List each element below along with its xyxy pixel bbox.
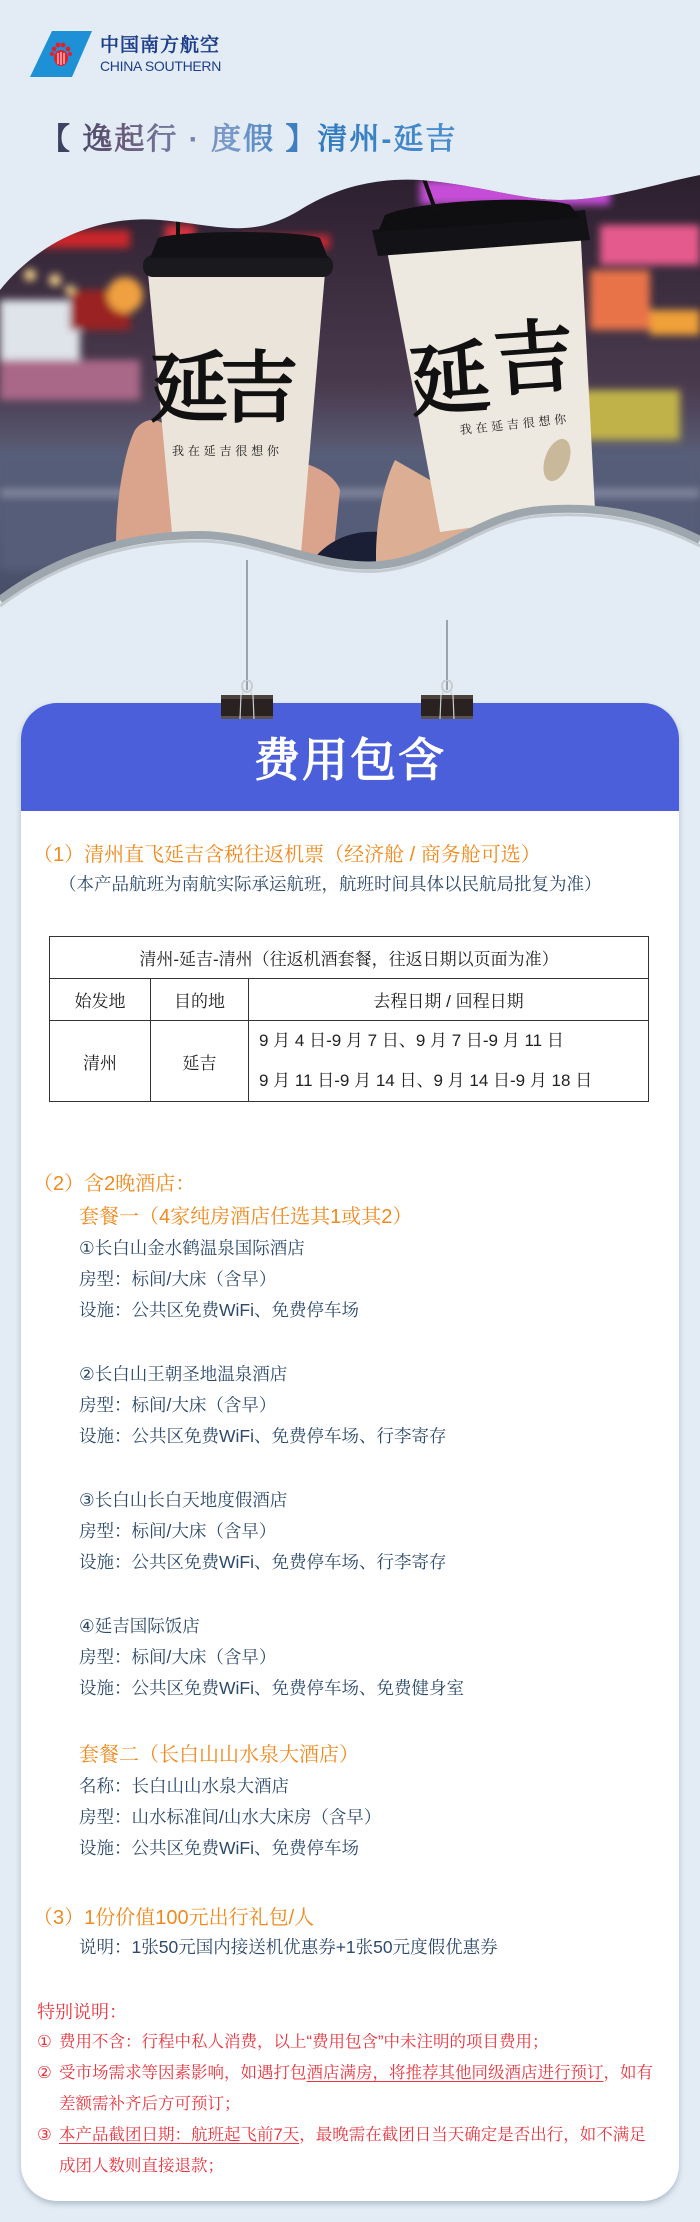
hotel-name: ③长白山长白天地度假酒店: [79, 1487, 287, 1512]
card-header: 费用包含: [21, 703, 679, 811]
note-text: ，如有: [604, 2064, 654, 2082]
note-number: ③: [37, 2120, 59, 2151]
date-range-line: 9 月 4 日-9 月 7 日、9 月 7 日-9 月 11 日: [259, 1021, 648, 1061]
cup-text-left: 延: [150, 343, 228, 434]
flight-dates-table: 清州-延吉-清州（往返机酒套餐，往返日期以页面为准） 始发地 目的地 去程日期 …: [49, 936, 649, 1102]
note-continuation: 成团人数则直接退款；: [37, 2151, 667, 2182]
table-row: 清州 延吉 9 月 4 日-9 月 7 日、9 月 7 日-9 月 11 日 9…: [50, 1021, 649, 1102]
clip-wire-left: [246, 560, 248, 690]
svg-text:吉: 吉: [220, 343, 298, 434]
hotel-facilities: 设施：公共区免费WiFi、免费停车场、行李寄存: [79, 1423, 446, 1448]
header-origin: 始发地: [50, 979, 151, 1021]
section2-title: （2）含2晚酒店：: [33, 1167, 195, 1196]
hotel-room: 房型：标间/大床（含早）: [79, 1266, 276, 1291]
svg-text:延: 延: [407, 329, 493, 428]
special-notes-title: 特别说明：: [37, 1998, 127, 2024]
kapok-tail-icon: [30, 31, 92, 77]
section1-note: （本产品航班为南航实际承运航班，航班时间具体以民航局批复为准）: [59, 871, 602, 896]
special-notes-list: ①费用不含：行程中私人消费，以上“费用包含”中未注明的项目费用； ②受市场需求等…: [37, 2027, 667, 2182]
cell-destination: 延吉: [151, 1021, 249, 1102]
note-continuation: 差额需补齐后方可预订；: [37, 2089, 667, 2120]
svg-text:吉: 吉: [490, 309, 576, 408]
note-underlined-text: 酒店满房，将推荐其他同级酒店进行预订: [307, 2064, 604, 2082]
hotel-facilities: 设施：公共区免费WiFi、免费停车场、行李寄存: [79, 1549, 446, 1574]
binder-clip-right-icon: [421, 680, 473, 720]
hotel-facilities: 设施：公共区免费WiFi、免费停车场、免费健身室: [79, 1675, 464, 1700]
package2-name: 名称：长白山山水泉大酒店: [79, 1773, 289, 1798]
package1-title: 套餐一（4家纯房酒店任选其1或其2）: [79, 1200, 412, 1229]
card-title: 费用包含: [254, 724, 446, 790]
section3-note: 说明：1张50元国内接送机优惠券+1张50元度假优惠券: [79, 1934, 498, 1959]
brand-name-cn: 中国南方航空: [100, 36, 221, 55]
special-note-item: ①费用不含：行程中私人消费，以上“费用包含”中未注明的项目费用；: [37, 2027, 667, 2058]
note-number: ①: [37, 2027, 59, 2058]
hotel-facilities: 设施：公共区免费WiFi、免费停车场: [79, 1297, 359, 1322]
svg-text:我 在 延 吉 很 想 你: 我 在 延 吉 很 想 你: [172, 443, 280, 458]
page-title: 【 逸起行 · 度假 】清州-延吉: [40, 114, 457, 158]
binder-clip-left-icon: [221, 680, 273, 720]
china-southern-logo: 中国南方航空 CHINA SOUTHERN: [30, 31, 221, 77]
cell-dates: 9 月 4 日-9 月 7 日、9 月 7 日-9 月 11 日 9 月 11 …: [249, 1021, 649, 1102]
hero-photo: 延 吉 我 在 延 吉 很 想 你 延 吉 我 在 延 吉 很 想 你: [0, 160, 700, 660]
section1-title: （1）清州直飞延吉含税往返机票（经济舱 / 商务舱可选）: [33, 838, 541, 867]
note-number: ②: [37, 2058, 59, 2089]
section3-title: （3）1份价值100元出行礼包/人: [33, 1901, 314, 1930]
fee-included-card: 费用包含 （1）清州直飞延吉含税往返机票（经济舱 / 商务舱可选） （本产品航班…: [21, 703, 679, 2201]
special-note-item: ②受市场需求等因素影响，如遇打包酒店满房，将推荐其他同级酒店进行预订，如有 差额…: [37, 2058, 667, 2120]
hotel-name: ④延吉国际饭店: [79, 1613, 200, 1638]
table-caption: 清州-延吉-清州（往返机酒套餐，往返日期以页面为准）: [50, 937, 649, 979]
hotel-name: ①长白山金水鹤温泉国际酒店: [79, 1235, 305, 1260]
date-range-line: 9 月 11 日-9 月 14 日、9 月 14 日-9 月 18 日: [259, 1061, 648, 1101]
note-text: 受市场需求等因素影响，如遇打包: [59, 2064, 307, 2082]
package2-room: 房型：山水标准间/山水大床房（含早）: [79, 1804, 381, 1829]
cell-origin: 清州: [50, 1021, 151, 1102]
package2-title: 套餐二（长白山山水泉大酒店）: [79, 1738, 359, 1767]
note-text: ，最晚需在截团日当天确定是否出行，如不满足: [299, 2126, 646, 2144]
header-destination: 目的地: [151, 979, 249, 1021]
special-note-item: ③本产品截团日期：航班起飞前7天，最晚需在截团日当天确定是否出行，如不满足 成团…: [37, 2120, 667, 2182]
package2-facilities: 设施：公共区免费WiFi、免费停车场: [79, 1835, 359, 1860]
header-dates: 去程日期 / 回程日期: [249, 979, 649, 1021]
note-underlined-text: 本产品截团日期：航班起飞前7天: [59, 2126, 299, 2144]
hotel-name: ②长白山王朝圣地温泉酒店: [79, 1361, 287, 1386]
hotel-room: 房型：标间/大床（含早）: [79, 1644, 276, 1669]
note-text: 费用不含：行程中私人消费，以上“费用包含”中未注明的项目费用；: [59, 2033, 549, 2051]
brand-name-en: CHINA SOUTHERN: [100, 59, 221, 73]
hotel-room: 房型：标间/大床（含早）: [79, 1392, 276, 1417]
hotel-room: 房型：标间/大床（含早）: [79, 1518, 276, 1543]
